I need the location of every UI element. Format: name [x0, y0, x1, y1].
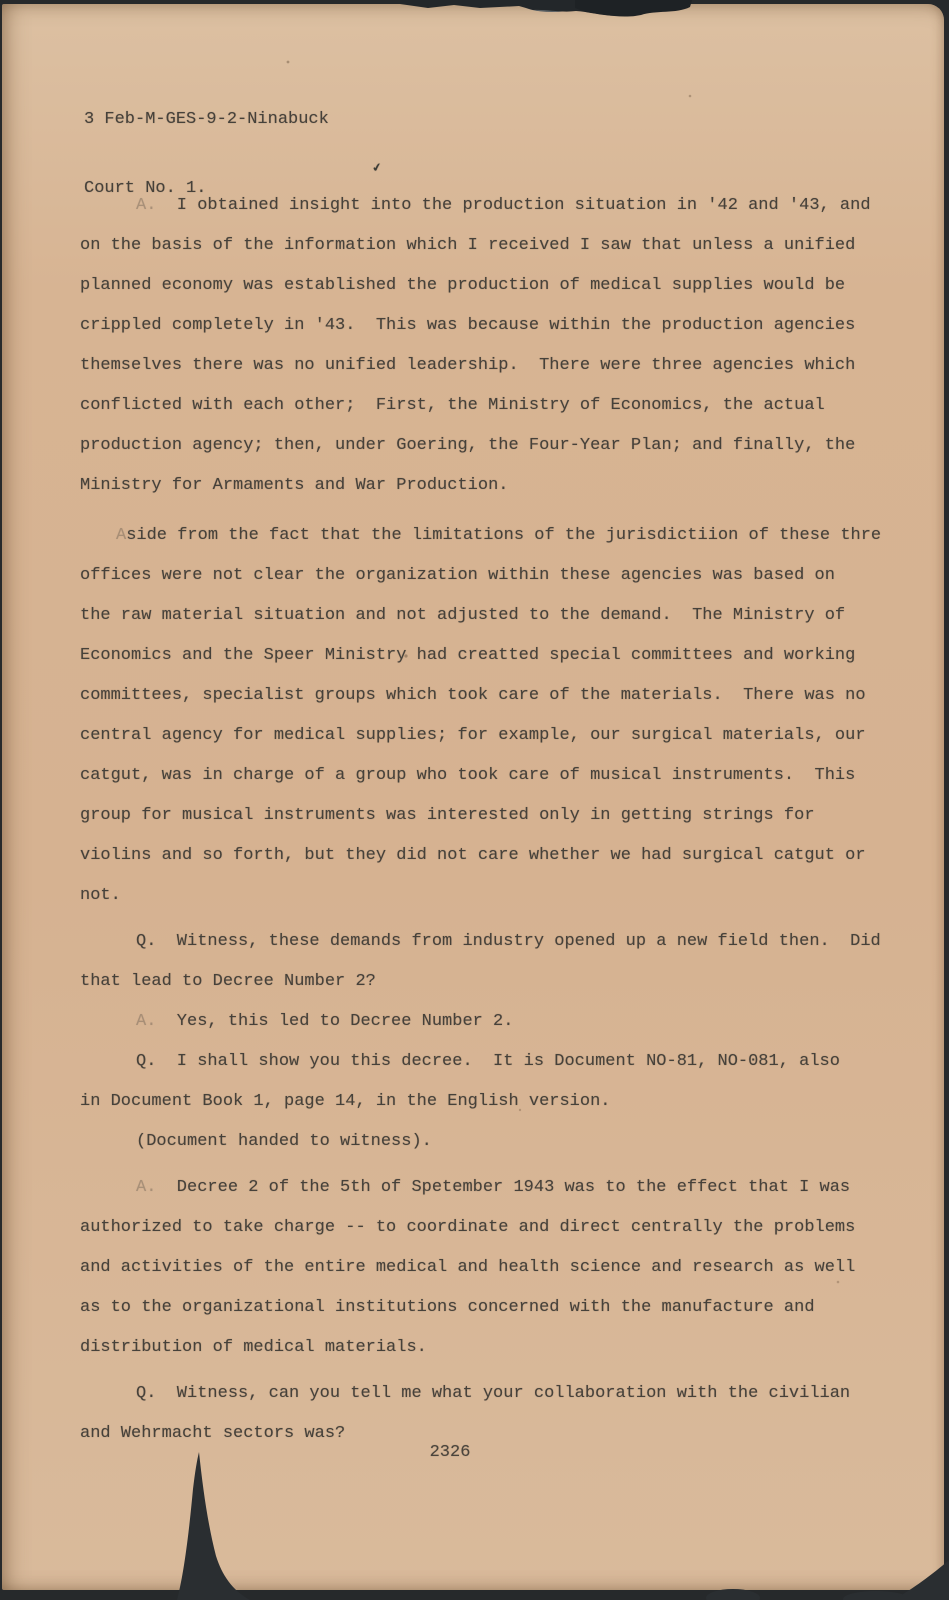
ink-mark: ✔ — [372, 159, 383, 175]
line-text: (Document handed to witness). — [136, 1132, 432, 1151]
transcript-line: production agency; then, under Goering, … — [80, 426, 910, 466]
line-text: group for musical instruments was intere… — [80, 806, 815, 825]
transcript-line: Economics and the Speer Ministry had cre… — [80, 636, 910, 676]
line-text: I obtained insight into the production s… — [156, 196, 870, 215]
transcript-line: on the basis of the information which I … — [80, 226, 910, 266]
line-text: and activities of the entire medical and… — [80, 1258, 855, 1277]
line-text: production agency; then, under Goering, … — [80, 436, 855, 455]
transcript-line: authorized to take charge -- to coordina… — [80, 1208, 910, 1248]
transcript-line: the raw material situation and not adjus… — [80, 596, 910, 636]
line-text: Witness, can you tell me what your colla… — [156, 1384, 850, 1403]
transcript-line: A. Decree 2 of the 5th of Spetember 1943… — [80, 1168, 910, 1208]
line-text: I shall show you this decree. It is Docu… — [156, 1052, 840, 1071]
transcript-line: as to the organizational institutions co… — [80, 1288, 910, 1328]
torn-edge-bottom-bump-left — [706, 1589, 760, 1600]
line-text: central agency for medical supplies; for… — [80, 726, 866, 745]
transcript-body: A. I obtained insight into the productio… — [80, 186, 910, 1454]
transcript-line: themselves there was no unified leadersh… — [80, 346, 910, 386]
line-text: Yes, this led to Decree Number 2. — [156, 1012, 513, 1031]
transcript-line: central agency for medical supplies; for… — [80, 716, 910, 756]
transcript-line: Ministry for Armaments and War Productio… — [80, 466, 910, 506]
line-text: conflicted with each other; First, the M… — [80, 396, 825, 415]
line-text: in Document Book 1, page 14, in the Engl… — [80, 1092, 611, 1111]
line-text: not. — [80, 886, 121, 905]
line-text: catgut, was in charge of a group who too… — [80, 766, 855, 785]
speaker-label: A. — [136, 196, 156, 215]
line-text: Economics and the Speer Ministry had cre… — [80, 646, 855, 665]
torn-edge-bottom-bump-right — [843, 1591, 909, 1600]
transcript-line: Q. Witness, can you tell me what your co… — [80, 1374, 910, 1414]
line-text: the raw material situation and not adjus… — [80, 606, 845, 625]
speaker-label: Q. — [136, 1052, 156, 1071]
line-text: offices were not clear the organization … — [80, 566, 835, 585]
transcript-line: violins and so forth, but they did not c… — [80, 836, 910, 876]
transcript-line: A. I obtained insight into the productio… — [80, 186, 910, 226]
speaker-label: Q. — [136, 932, 156, 951]
line-text: Decree 2 of the 5th of Spetember 1943 wa… — [156, 1178, 850, 1197]
line-text: Witness, these demands from industry ope… — [156, 932, 880, 951]
transcript-line: that lead to Decree Number 2? — [80, 962, 910, 1002]
line-text: distribution of medical materials. — [80, 1338, 427, 1357]
line-text: Ministry for Armaments and War Productio… — [80, 476, 508, 495]
line-text: crippled completely in '43. This was bec… — [80, 316, 855, 335]
line-text: and Wehrmacht sectors was? — [80, 1424, 345, 1443]
transcript-line: conflicted with each other; First, the M… — [80, 386, 910, 426]
transcript-line: committees, specialist groups which took… — [80, 676, 910, 716]
transcript-line: A. Yes, this led to Decree Number 2. — [80, 1002, 910, 1042]
line-text: as to the organizational institutions co… — [80, 1298, 815, 1317]
transcript-line: not. — [80, 876, 910, 916]
page-number: 2326 — [0, 1443, 921, 1462]
transcript-line: Aside from the fact that the limitations… — [80, 516, 910, 556]
transcript-line: catgut, was in charge of a group who too… — [80, 756, 910, 796]
line-text: authorized to take charge -- to coordina… — [80, 1218, 855, 1237]
scanned-page-background: 3 Feb-M-GES-9-2-Ninabuck Court No. 1. ✔ … — [0, 0, 949, 1600]
transcript-line: and activities of the entire medical and… — [80, 1248, 910, 1288]
transcript-line: offices were not clear the organization … — [80, 556, 910, 596]
speaker-label: A. — [136, 1178, 156, 1197]
line-text: on the basis of the information which I … — [80, 236, 855, 255]
transcript-line: Q. I shall show you this decree. It is D… — [80, 1042, 910, 1082]
transcript-line: planned economy was established the prod… — [80, 266, 910, 306]
line-text: themselves there was no unified leadersh… — [80, 356, 855, 375]
header-docket-line: 3 Feb-M-GES-9-2-Ninabuck — [84, 108, 329, 131]
speaker-label: Q. — [136, 1384, 156, 1403]
line-text: that lead to Decree Number 2? — [80, 972, 376, 991]
line-text: planned economy was established the prod… — [80, 276, 845, 295]
transcript-line: (Document handed to witness). — [80, 1122, 910, 1162]
transcript-line: Q. Witness, these demands from industry … — [80, 922, 910, 962]
line-text: violins and so forth, but they did not c… — [80, 846, 866, 865]
transcript-line: in Document Book 1, page 14, in the Engl… — [80, 1082, 910, 1122]
transcript-line: group for musical instruments was intere… — [80, 796, 910, 836]
speaker-label: A — [116, 526, 126, 545]
transcript-line: crippled completely in '43. This was bec… — [80, 306, 910, 346]
line-text: side from the fact that the limitations … — [126, 526, 881, 545]
document-page: 3 Feb-M-GES-9-2-Ninabuck Court No. 1. ✔ … — [2, 4, 944, 1590]
line-text: committees, specialist groups which took… — [80, 686, 866, 705]
speaker-label: A. — [136, 1012, 156, 1031]
transcript-line: distribution of medical materials. — [80, 1328, 910, 1368]
